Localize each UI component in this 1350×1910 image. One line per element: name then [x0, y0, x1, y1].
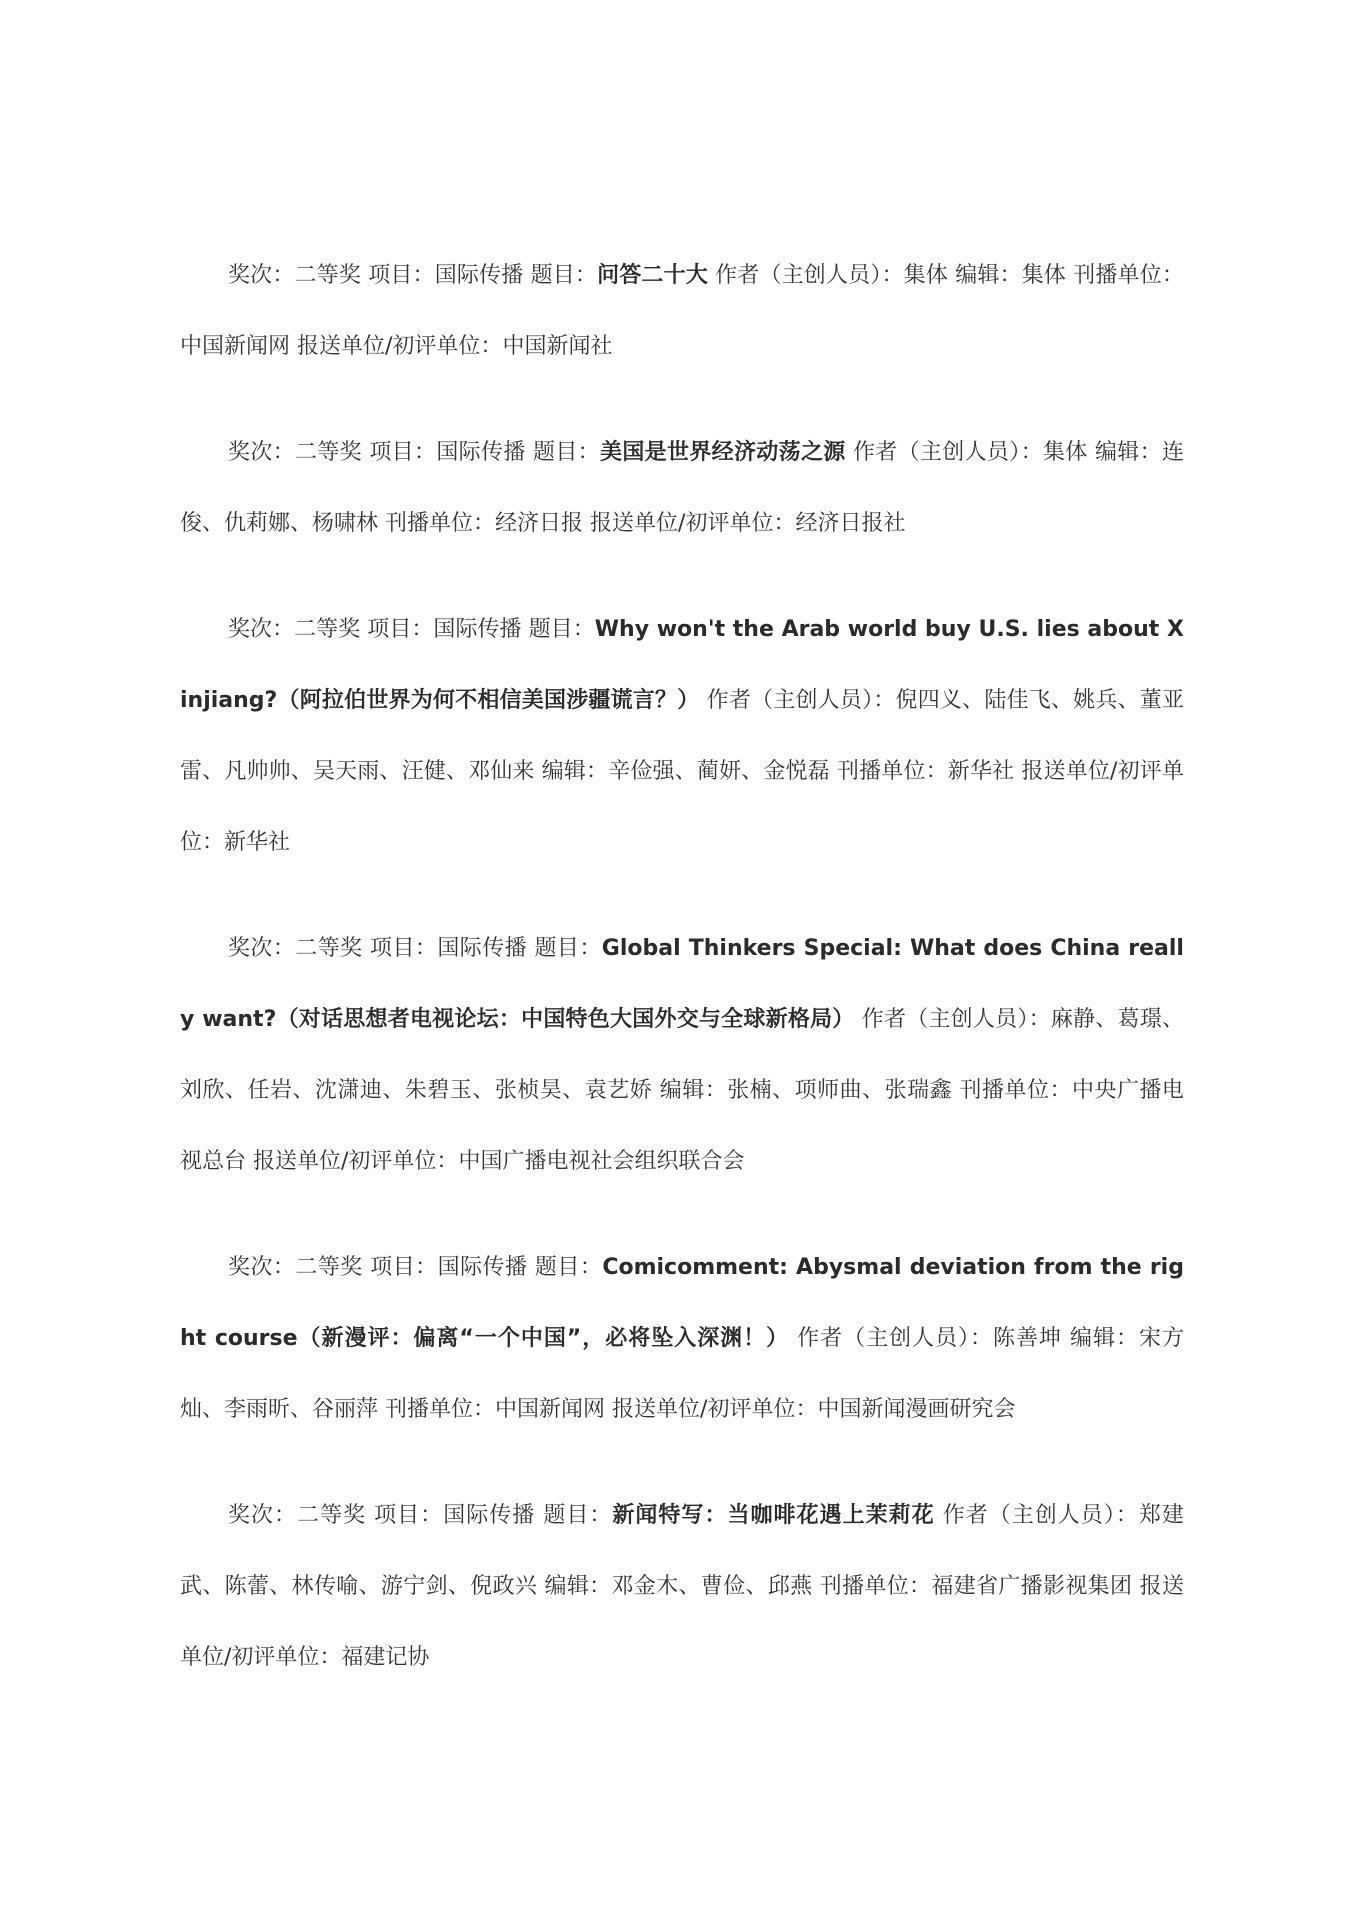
award-entry-4: 奖次：二等奖 项目：国际传播 题目：Global Thinkers Specia…: [180, 913, 1184, 1197]
editor-value: 邓金木、曹俭、邱燕: [612, 1574, 813, 1599]
document-page: 奖次：二等奖 项目：国际传播 题目：问答二十大 作者（主创人员）：集体 编辑：集…: [180, 240, 1184, 1728]
label-author: 作者（主创人员）：: [853, 440, 1043, 465]
editor-value: 集体: [1022, 263, 1066, 288]
submitter-value: 新华社: [224, 830, 290, 855]
label-project: 项目：: [374, 1503, 443, 1528]
label-award: 奖次：: [228, 440, 295, 465]
publisher-value: 经济日报: [495, 511, 583, 536]
label-award: 奖次：: [228, 617, 294, 642]
label-award: 奖次：: [228, 936, 295, 961]
editor-value: 辛俭强、蔺妍、金悦磊: [608, 759, 830, 784]
label-author: 作者（主创人员）：: [943, 1503, 1139, 1528]
publisher-value: 新华社: [948, 759, 1014, 784]
label-editor: 编辑：: [1095, 440, 1162, 465]
label-editor: 编辑：: [542, 759, 608, 784]
author-value: 集体: [904, 263, 948, 288]
label-project: 项目：: [367, 617, 433, 642]
project-value: 国际传播: [435, 263, 524, 288]
label-project: 项目：: [370, 1255, 437, 1280]
submitter-value: 中国新闻漫画研究会: [817, 1397, 1015, 1422]
entry-title: 新闻特写：当咖啡花遇上茉莉花: [612, 1503, 934, 1528]
project-value: 国际传播: [433, 617, 521, 642]
author-value: 陈善坤: [993, 1326, 1062, 1351]
label-editor: 编辑：: [660, 1078, 727, 1103]
award-entry-6: 奖次：二等奖 项目：国际传播 题目：新闻特写：当咖啡花遇上茉莉花 作者（主创人员…: [180, 1480, 1184, 1693]
submitter-value: 福建记协: [341, 1645, 429, 1670]
award-value: 二等奖: [295, 936, 362, 961]
label-title: 题目：: [543, 1503, 612, 1528]
label-title: 题目：: [531, 263, 598, 288]
label-title: 题目：: [535, 1255, 602, 1280]
label-title: 题目：: [535, 936, 602, 961]
award-entry-2: 奖次：二等奖 项目：国际传播 题目：美国是世界经济动荡之源 作者（主创人员）：集…: [180, 417, 1184, 559]
entry-title: 美国是世界经济动荡之源: [600, 440, 846, 465]
label-editor: 编辑：: [545, 1574, 612, 1599]
award-entry-5: 奖次：二等奖 项目：国际传播 题目：Comicomment: Abysmal d…: [180, 1232, 1184, 1445]
label-publisher: 刊播单位：: [1073, 263, 1184, 288]
label-award: 奖次：: [228, 263, 295, 288]
award-value: 二等奖: [294, 617, 360, 642]
label-title: 题目：: [533, 440, 600, 465]
label-editor: 编辑：: [1070, 1326, 1139, 1351]
editor-value: 张楠、项师曲、张瑞鑫: [727, 1078, 952, 1103]
project-value: 国际传播: [437, 936, 527, 961]
label-publisher: 刊播单位：: [960, 1078, 1072, 1103]
award-value: 二等奖: [295, 440, 362, 465]
label-submitter: 报送单位/初评单位：: [253, 1149, 458, 1174]
award-entry-1: 奖次：二等奖 项目：国际传播 题目：问答二十大 作者（主创人员）：集体 编辑：集…: [180, 240, 1184, 382]
label-editor: 编辑：: [955, 263, 1022, 288]
label-submitter: 报送单位/初评单位：: [590, 511, 795, 536]
label-project: 项目：: [368, 263, 435, 288]
label-publisher: 刊播单位：: [385, 511, 495, 536]
project-value: 国际传播: [436, 440, 525, 465]
label-submitter: 报送单位/初评单位：: [297, 334, 502, 359]
publisher-value: 中国新闻网: [495, 1397, 605, 1422]
publisher-value: 中国新闻网: [180, 334, 290, 359]
publisher-value: 福建省广播影视集团: [931, 1574, 1132, 1599]
label-award: 奖次：: [228, 1255, 295, 1280]
label-title: 题目：: [529, 617, 595, 642]
submitter-value: 中国广播电视社会组织联合会: [458, 1149, 744, 1174]
submitter-value: 中国新闻社: [502, 334, 612, 359]
label-author: 作者（主创人员）：: [707, 688, 896, 713]
award-value: 二等奖: [295, 1255, 362, 1280]
project-value: 国际传播: [443, 1503, 535, 1528]
label-submitter: 报送单位/初评单位：: [612, 1397, 817, 1422]
submitter-value: 经济日报社: [795, 511, 905, 536]
award-entry-3: 奖次：二等奖 项目：国际传播 题目：Why won't the Arab wor…: [180, 594, 1184, 878]
label-publisher: 刊播单位：: [837, 759, 948, 784]
author-value: 集体: [1043, 440, 1088, 465]
award-value: 二等奖: [297, 1503, 366, 1528]
label-author: 作者（主创人员）：: [715, 263, 904, 288]
label-project: 项目：: [369, 440, 436, 465]
label-author: 作者（主创人员）：: [862, 1007, 1051, 1032]
label-author: 作者（主创人员）：: [797, 1326, 993, 1351]
label-award: 奖次：: [228, 1503, 297, 1528]
label-publisher: 刊播单位：: [385, 1397, 495, 1422]
project-value: 国际传播: [438, 1255, 528, 1280]
label-project: 项目：: [370, 936, 437, 961]
label-publisher: 刊播单位：: [820, 1574, 932, 1599]
entry-title: 问答二十大: [597, 263, 708, 288]
award-value: 二等奖: [295, 263, 362, 288]
